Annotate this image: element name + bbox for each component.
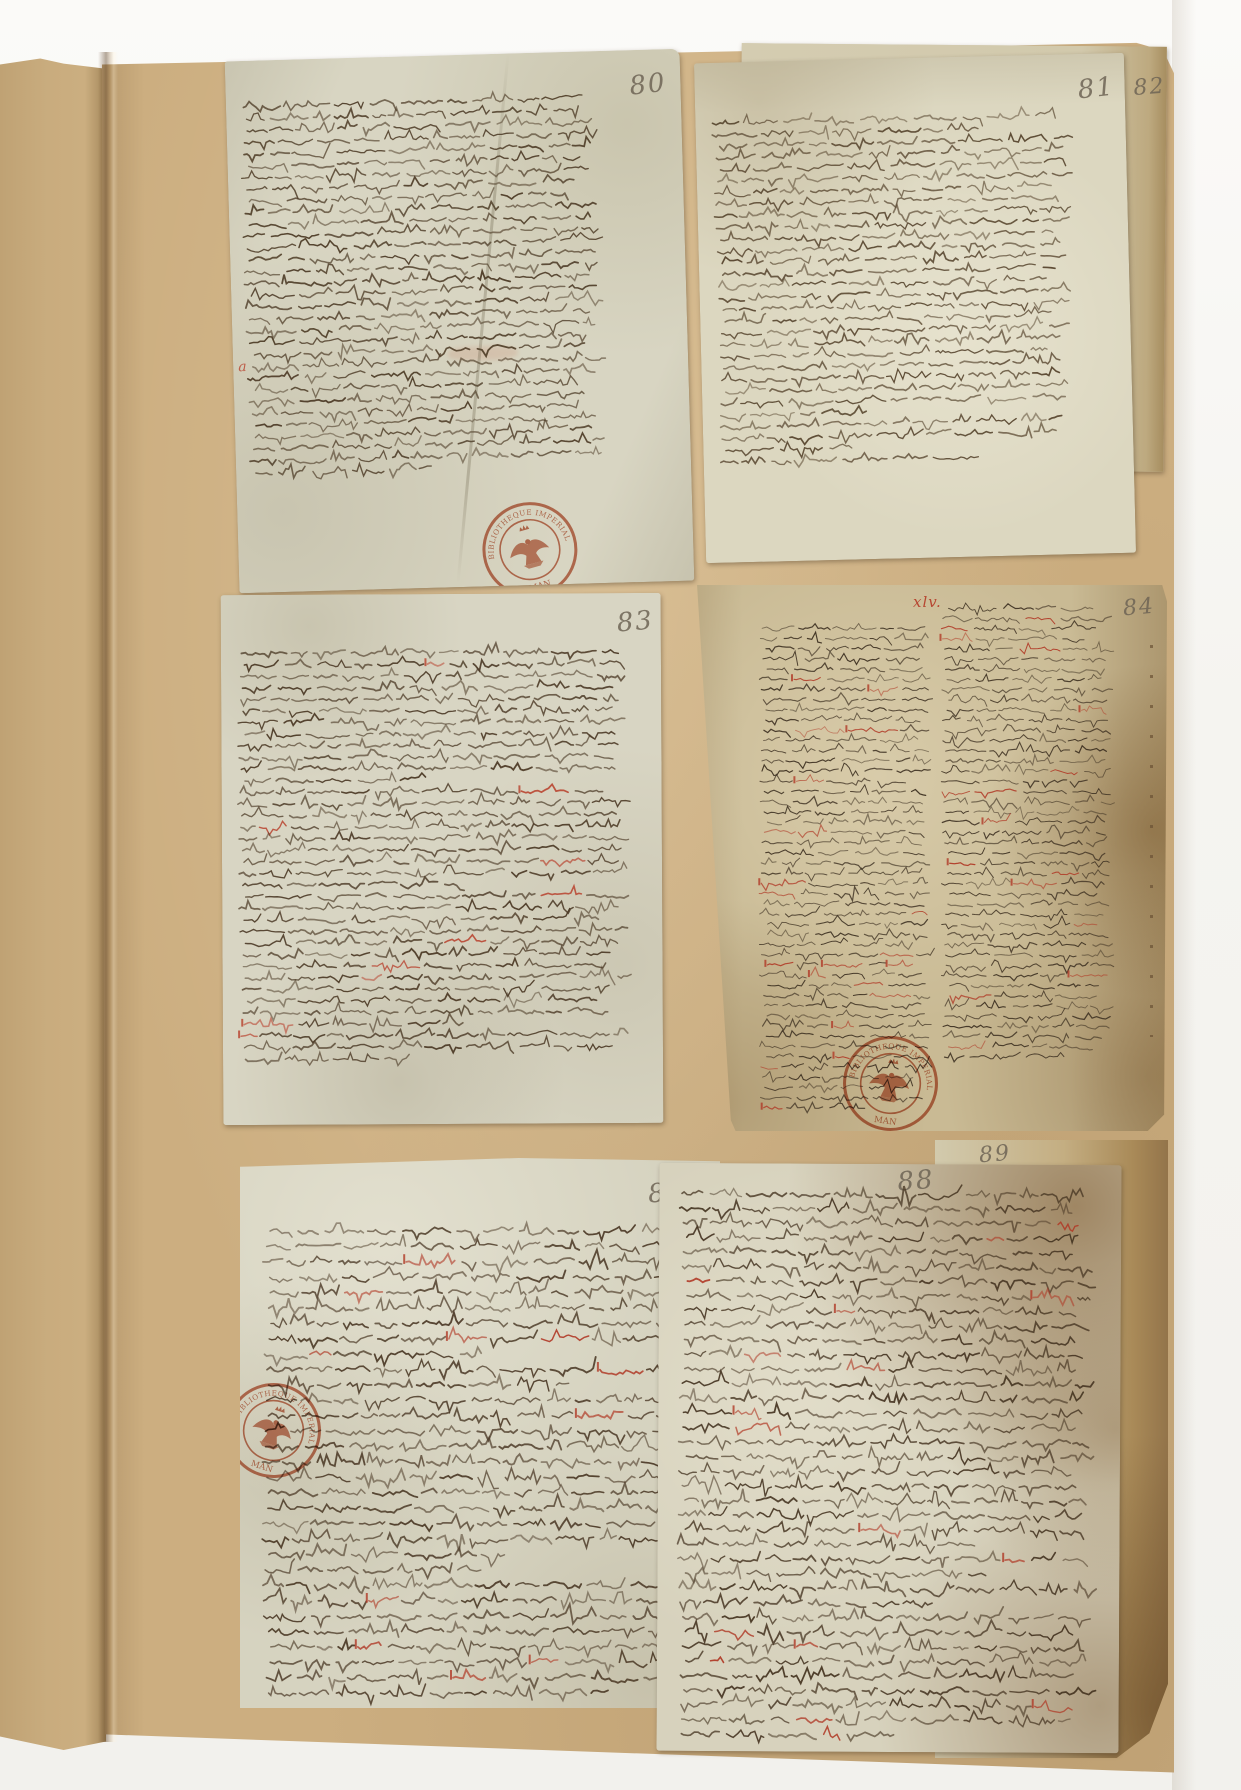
manuscript-text-80 [239,89,609,479]
library-stamp: BIBLIOTHEQUE IMPERIALEMAN [833,1026,947,1131]
fragment-folio-81: 81 [694,53,1136,563]
folio-number-83: 83 [615,605,655,638]
folio-number-80: 80 [628,68,668,102]
fragment-folio-80: 80 a BIBLIOTHEQUE IMPERIALEMAN [225,49,695,593]
manuscript-text-81 [711,106,1080,469]
manuscript-text-88 [677,1183,1100,1741]
prick-marks [1150,645,1153,1037]
fragment-folio-83: 83 [221,593,664,1125]
scan-background: 82 80 a BIBLIOTHEQUE IMPERIALEMAN 81 83 … [0,0,1241,1790]
rubric-label: xlv. [913,593,942,611]
library-stamp: BIBLIOTHEQUE IMPERIALEMAN [468,487,592,593]
album-fold-crease [98,52,118,1742]
manuscript-text-86 [262,1220,692,1698]
manuscript-text-84-col2 [941,601,1113,1063]
right-background-shade [1172,0,1241,1790]
fragment-folio-86: 86 BIBLIOTHEQUE IMPERIALEMAN [240,1158,720,1708]
underlying-page-edge [0,56,106,1750]
folio-number-84: 84 [1122,594,1156,622]
manuscript-text-83 [237,643,631,1065]
folio-number-82: 82 [1133,73,1167,100]
folio-number-81: 81 [1076,72,1116,106]
fragment-folio-88: 88 [656,1163,1121,1753]
fragment-folio-84: xlv. 84 BIBLIOTHEQUE IMPERIALEMAN [685,585,1167,1131]
